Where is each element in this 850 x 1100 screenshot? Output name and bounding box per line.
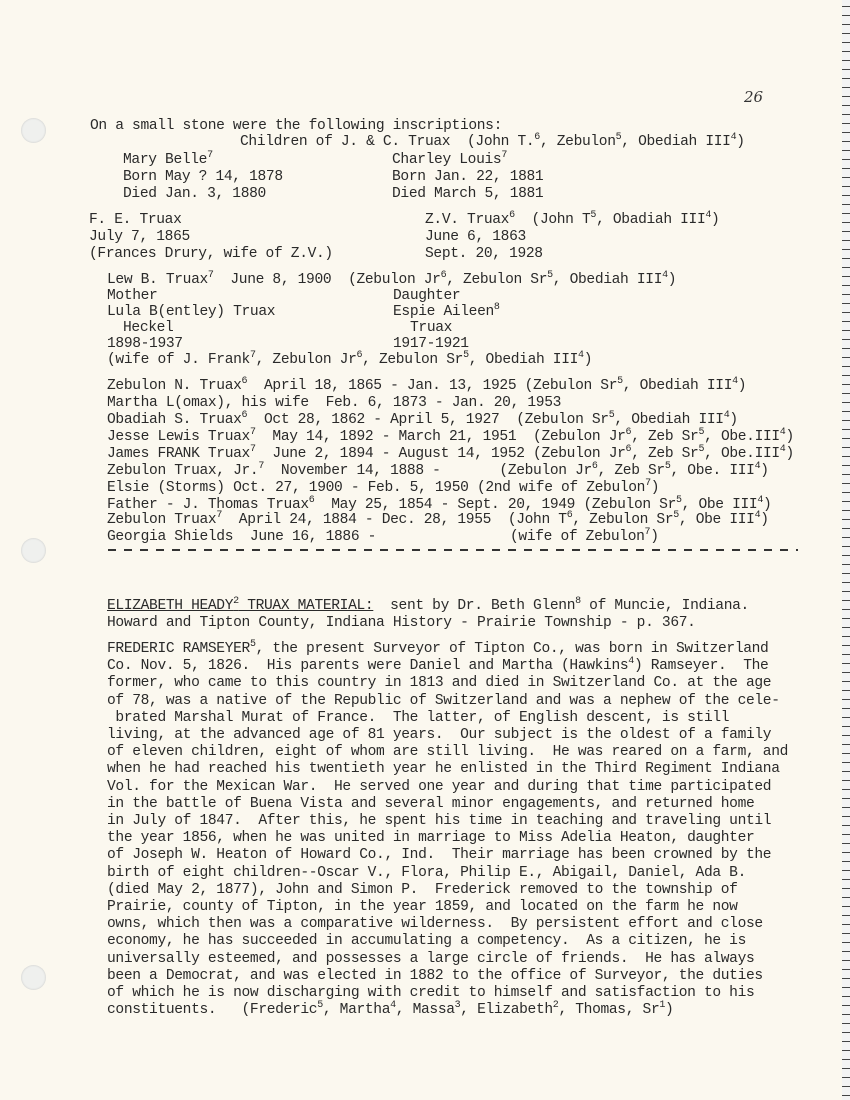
biography-line: been a Democrat, and was elected in 1882… xyxy=(107,968,763,985)
burial-entry: Georgia Shields June 16, 1886 - xyxy=(107,529,376,546)
page-edge xyxy=(842,0,850,1100)
biography-line: in July of 1847. After this, he spent hi… xyxy=(107,813,771,830)
fe-date: July 7, 1865 xyxy=(89,229,190,246)
mary-born: Born May ? 14, 1878 xyxy=(123,169,283,186)
zv-born: June 6, 1863 xyxy=(425,229,526,246)
burial-entry: Jesse Lewis Truax7 May 14, 1892 - March … xyxy=(107,429,794,446)
biography-line: FREDERIC RAMSEYER5, the present Surveyor… xyxy=(107,641,768,658)
charley-born: Born Jan. 22, 1881 xyxy=(392,169,543,186)
punch-hole xyxy=(21,965,46,990)
daughter-label: Daughter xyxy=(393,288,460,305)
biography-line: owns, which then was a comparative wilde… xyxy=(107,916,763,933)
burial-entry: James FRANK Truax7 June 2, 1894 - August… xyxy=(107,446,794,463)
document-page: 26 On a small stone were the following i… xyxy=(0,0,843,1100)
biography-line: Prairie, county of Tipton, in the year 1… xyxy=(107,899,738,916)
biography-line: birth of eight children--Oscar V., Flora… xyxy=(107,865,746,882)
biography-line: the year 1856, when he was united in mar… xyxy=(107,830,754,847)
punch-hole xyxy=(21,538,46,563)
biography-line: universally esteemed, and possesses a la… xyxy=(107,951,754,968)
material-heading: ELIZABETH HEADY2 TRUAX MATERIAL: sent by… xyxy=(107,598,749,615)
burial-entry: Elsie (Storms) Oct. 27, 1900 - Feb. 5, 1… xyxy=(107,480,659,497)
biography-line: living, at the advanced age of 81 years.… xyxy=(107,727,771,744)
mother-name: Lula B(entley) Truax xyxy=(107,304,275,321)
mother-maiden: Heckel xyxy=(123,320,173,337)
mother-label: Mother xyxy=(107,288,157,305)
biography-line: when he had reached his twentieth year h… xyxy=(107,761,780,778)
biography-line: of 78, was a native of the Republic of S… xyxy=(107,693,780,710)
biography-line: of which he is now discharging with cred… xyxy=(107,985,754,1002)
biography-line: of eleven children, eight of whom are st… xyxy=(107,744,788,761)
mary-died: Died Jan. 3, 1880 xyxy=(123,186,266,203)
georgia-note: (wife of Zebulon7) xyxy=(510,529,659,546)
children-heading: Children of J. & C. Truax (John T.6, Zeb… xyxy=(240,134,745,151)
biography-line: brated Marshal Murat of France. The latt… xyxy=(107,710,729,727)
fe-name: F. E. Truax xyxy=(89,212,182,229)
burial-entry: Zebulon Truax7 April 24, 1884 - Dec. 28,… xyxy=(107,512,769,529)
mother-years: 1898-1937 xyxy=(107,336,183,353)
page-number: 26 xyxy=(744,88,763,106)
punch-hole xyxy=(21,118,46,143)
burial-entry: Obadiah S. Truax6 Oct 28, 1862 - April 5… xyxy=(107,412,738,429)
daughter-years: 1917-1921 xyxy=(393,336,469,353)
fe-note: (Frances Drury, wife of Z.V.) xyxy=(89,246,333,263)
mary-name: Mary Belle7 xyxy=(123,152,213,169)
burial-entry: Zebulon N. Truax6 April 18, 1865 - Jan. … xyxy=(107,378,746,395)
wife-note: (wife of J. Frank7, Zebulon Jr6, Zebulon… xyxy=(107,352,592,369)
biography-line: of Joseph W. Heaton of Howard Co., Ind. … xyxy=(107,847,771,864)
biography-line: in the battle of Buena Vista and several… xyxy=(107,796,754,813)
daughter-surname: Truax xyxy=(410,320,452,337)
zv-died: Sept. 20, 1928 xyxy=(425,246,543,263)
material-title: ELIZABETH HEADY2 TRUAX MATERIAL: xyxy=(107,598,373,614)
zv-name: Z.V. Truax6 (John T5, Obadiah III4) xyxy=(425,212,719,229)
burial-entry: Zebulon Truax, Jr.7 November 14, 1888 - … xyxy=(107,463,769,480)
biography-line: Co. Nov. 5, 1826. His parents were Danie… xyxy=(107,658,768,675)
charley-died: Died March 5, 1881 xyxy=(392,186,543,203)
biography-line: constituents. (Frederic5, Martha4, Massa… xyxy=(107,1002,673,1019)
biography-line: former, who came to this country in 1813… xyxy=(107,675,771,692)
material-source: Howard and Tipton County, Indiana Histor… xyxy=(107,615,696,632)
section-divider xyxy=(108,549,798,551)
biography-line: economy, he has succeeded in accumulatin… xyxy=(107,933,746,950)
daughter-name: Espie Aileen8 xyxy=(393,304,500,321)
lew-line: Lew B. Truax7 June 8, 1900 (Zebulon Jr6,… xyxy=(107,272,676,289)
burial-entry: Martha L(omax), his wife Feb. 6, 1873 - … xyxy=(107,395,561,412)
intro-line: On a small stone were the following insc… xyxy=(90,118,502,135)
biography-line: Vol. for the Mexican War. He served one … xyxy=(107,779,771,796)
biography-line: (died May 2, 1877), John and Simon P. Fr… xyxy=(107,882,738,899)
charley-name: Charley Louis7 xyxy=(392,152,507,169)
